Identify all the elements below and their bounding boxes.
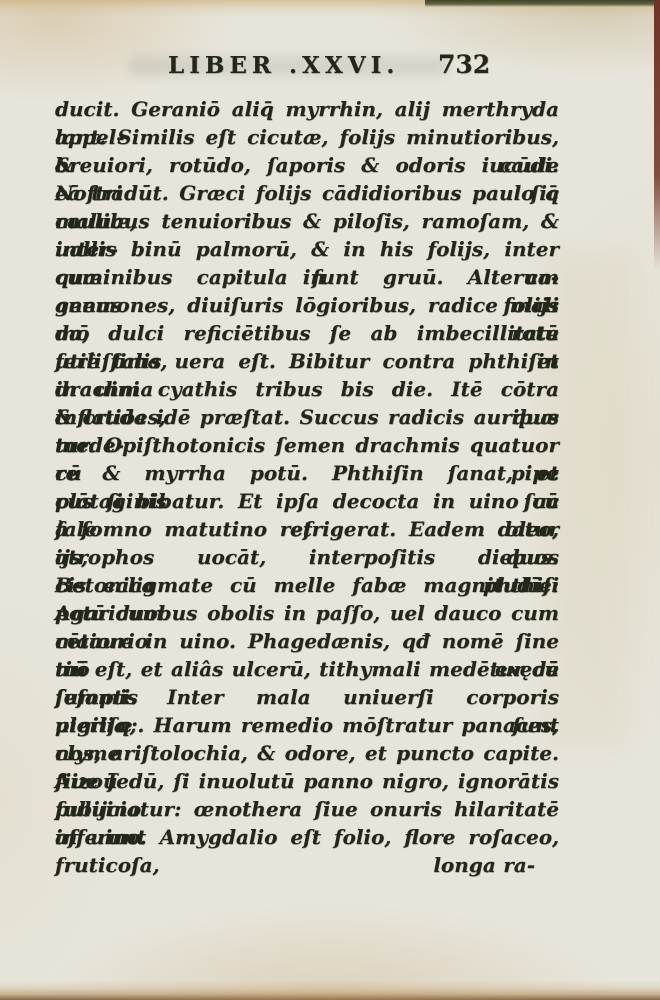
- text-line: ſumpti. Inter mala uniuerſi corporis uig…: [55, 683, 559, 711]
- text-line: maiore in uino. Phagedænis, qđ nomē ſine…: [55, 627, 559, 655]
- page-number: 732: [438, 50, 490, 79]
- text-line: tur. Opiſthotonicis ſemen drachmis quatu…: [55, 431, 559, 459]
- text-line: caulibus tenuioribus & piloſis, ramoſam,…: [55, 207, 559, 235]
- text-line: cuminibus capitula ſunt gruū. Alterum ge…: [55, 263, 559, 291]
- text-line: lant. Similis eſt cicutæ, folijs minutio…: [55, 123, 559, 151]
- text-line: ſiue ſedū, ſi inuolutū panno nigro, igno…: [55, 767, 559, 795]
- text-line: atrophos uocāt, interpoſitis diebus. Bet…: [55, 543, 559, 571]
- text-line: re & myrrha potū. Phthiſin ſanat, et plā…: [55, 459, 559, 487]
- text-line: ferè talis uera eſt. Bibitur contra phth…: [55, 347, 559, 375]
- text-block: ducit. Geraniō aliq̄ myrrhin, alij merth…: [55, 95, 559, 879]
- page-edge-olive-strip: [425, 0, 660, 7]
- text-line: in uini cyathis tribus bis die. Itē cōtr…: [55, 375, 559, 403]
- text-line: tiū eſt, et aliâs ulcerū, tithymali medē…: [55, 655, 559, 683]
- text-line: potū duobus obolis in paſſo, uel dauco c…: [55, 599, 559, 627]
- text-line: in uino. Amygdalio eſt folio, flore roſa…: [55, 823, 559, 851]
- text-line: cis ecligmate cū melle fabæ magnitudīe: …: [55, 571, 559, 599]
- text-line: da, dulci reficiētibus ſe ab imbecillita…: [55, 319, 559, 347]
- text-line: anemones, diuiſuris lōgioribus, radice m…: [55, 291, 559, 319]
- text-line: ducit. Geraniō aliq̄ myrrhin, alij merth…: [55, 95, 559, 123]
- text-line: uallis binū palmorū, & in his folijs, in…: [55, 235, 559, 263]
- running-header: LIBER .XXVI.: [168, 52, 399, 79]
- text-line: pleriſq;. Harum remedio mōſtratur panace…: [55, 711, 559, 739]
- text-line: eā tradūt. Græci folijs cādidioribus pau…: [55, 179, 559, 207]
- text-line: cus ſi bibatur. Et ipſa decocta in uino …: [55, 487, 559, 515]
- text-line: nos, ariſtolochia, & odore, et puncto ca…: [55, 739, 559, 767]
- text-line: & cruda idē præſtat. Succus radicis auri…: [55, 403, 559, 431]
- text-line: à ſomno matutino refrigerat. Eadem datur…: [55, 515, 559, 543]
- text-line: breuiori, rotūdo, ſaporis & odoris iucūd…: [55, 151, 559, 179]
- page-edge-maroon-strip: [654, 0, 660, 270]
- text-line: ſubijciatur: œnothera ſiue onuris hilari…: [55, 795, 559, 823]
- book-page: LIBER .XXVI. 732 ducit. Geraniō aliq̄ my…: [0, 0, 660, 1000]
